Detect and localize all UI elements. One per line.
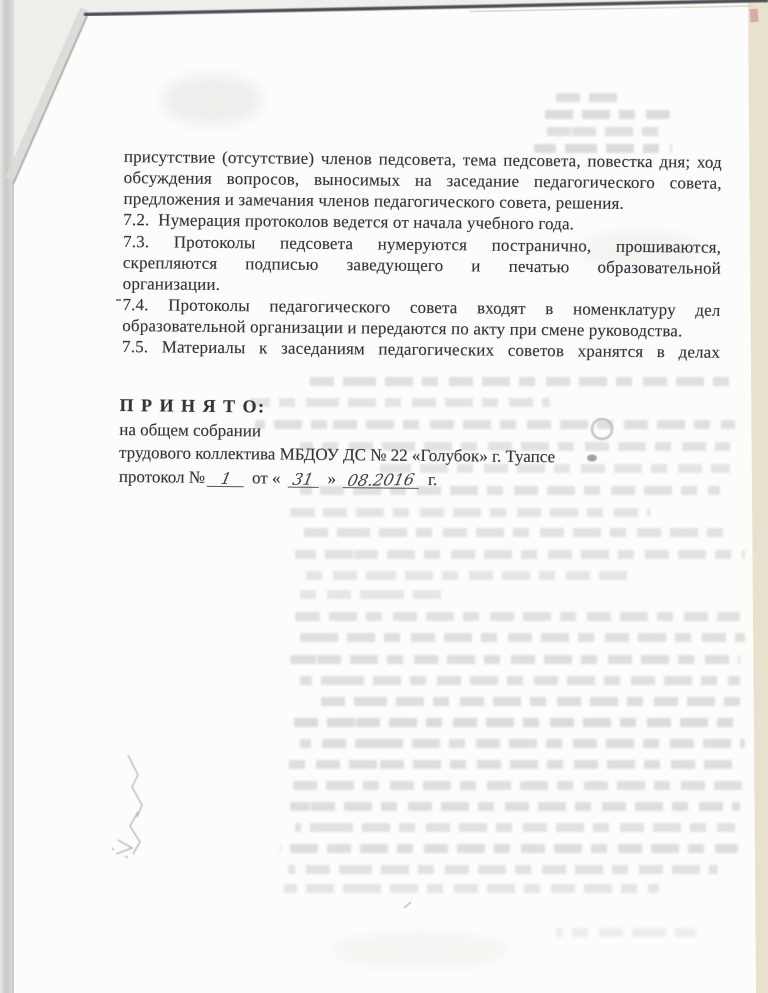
protocol-line: протокол №1от «31»08.2016г. <box>119 465 739 494</box>
document-content: присутствие (отсутствие) членов педсовет… <box>0 0 768 993</box>
protocol-year-suffix: г. <box>428 470 437 489</box>
document-body-text: присутствие (отсутствие) членов педсовет… <box>122 146 722 363</box>
protocol-day-handwritten: 31 <box>291 471 315 487</box>
protocol-day-blank: 31 <box>287 470 318 487</box>
protocol-close-quote: » <box>327 469 336 488</box>
protocol-between-text: от « <box>252 468 281 487</box>
approval-block: П Р И Н Я Т О: на общем собрании трудово… <box>119 394 740 494</box>
protocol-number-handwritten: 1 <box>219 471 232 487</box>
scanned-document-page: присутствие (отсутствие) членов педсовет… <box>0 0 768 993</box>
protocol-date-handwritten: 08.2016 <box>346 472 416 489</box>
document-line: 7.5. Материалы к заседаниям педагогическ… <box>122 336 720 363</box>
protocol-number-blank: 1 <box>207 469 244 486</box>
protocol-date-blank: 08.2016 <box>343 471 419 489</box>
protocol-prefix: протокол № <box>119 467 205 487</box>
